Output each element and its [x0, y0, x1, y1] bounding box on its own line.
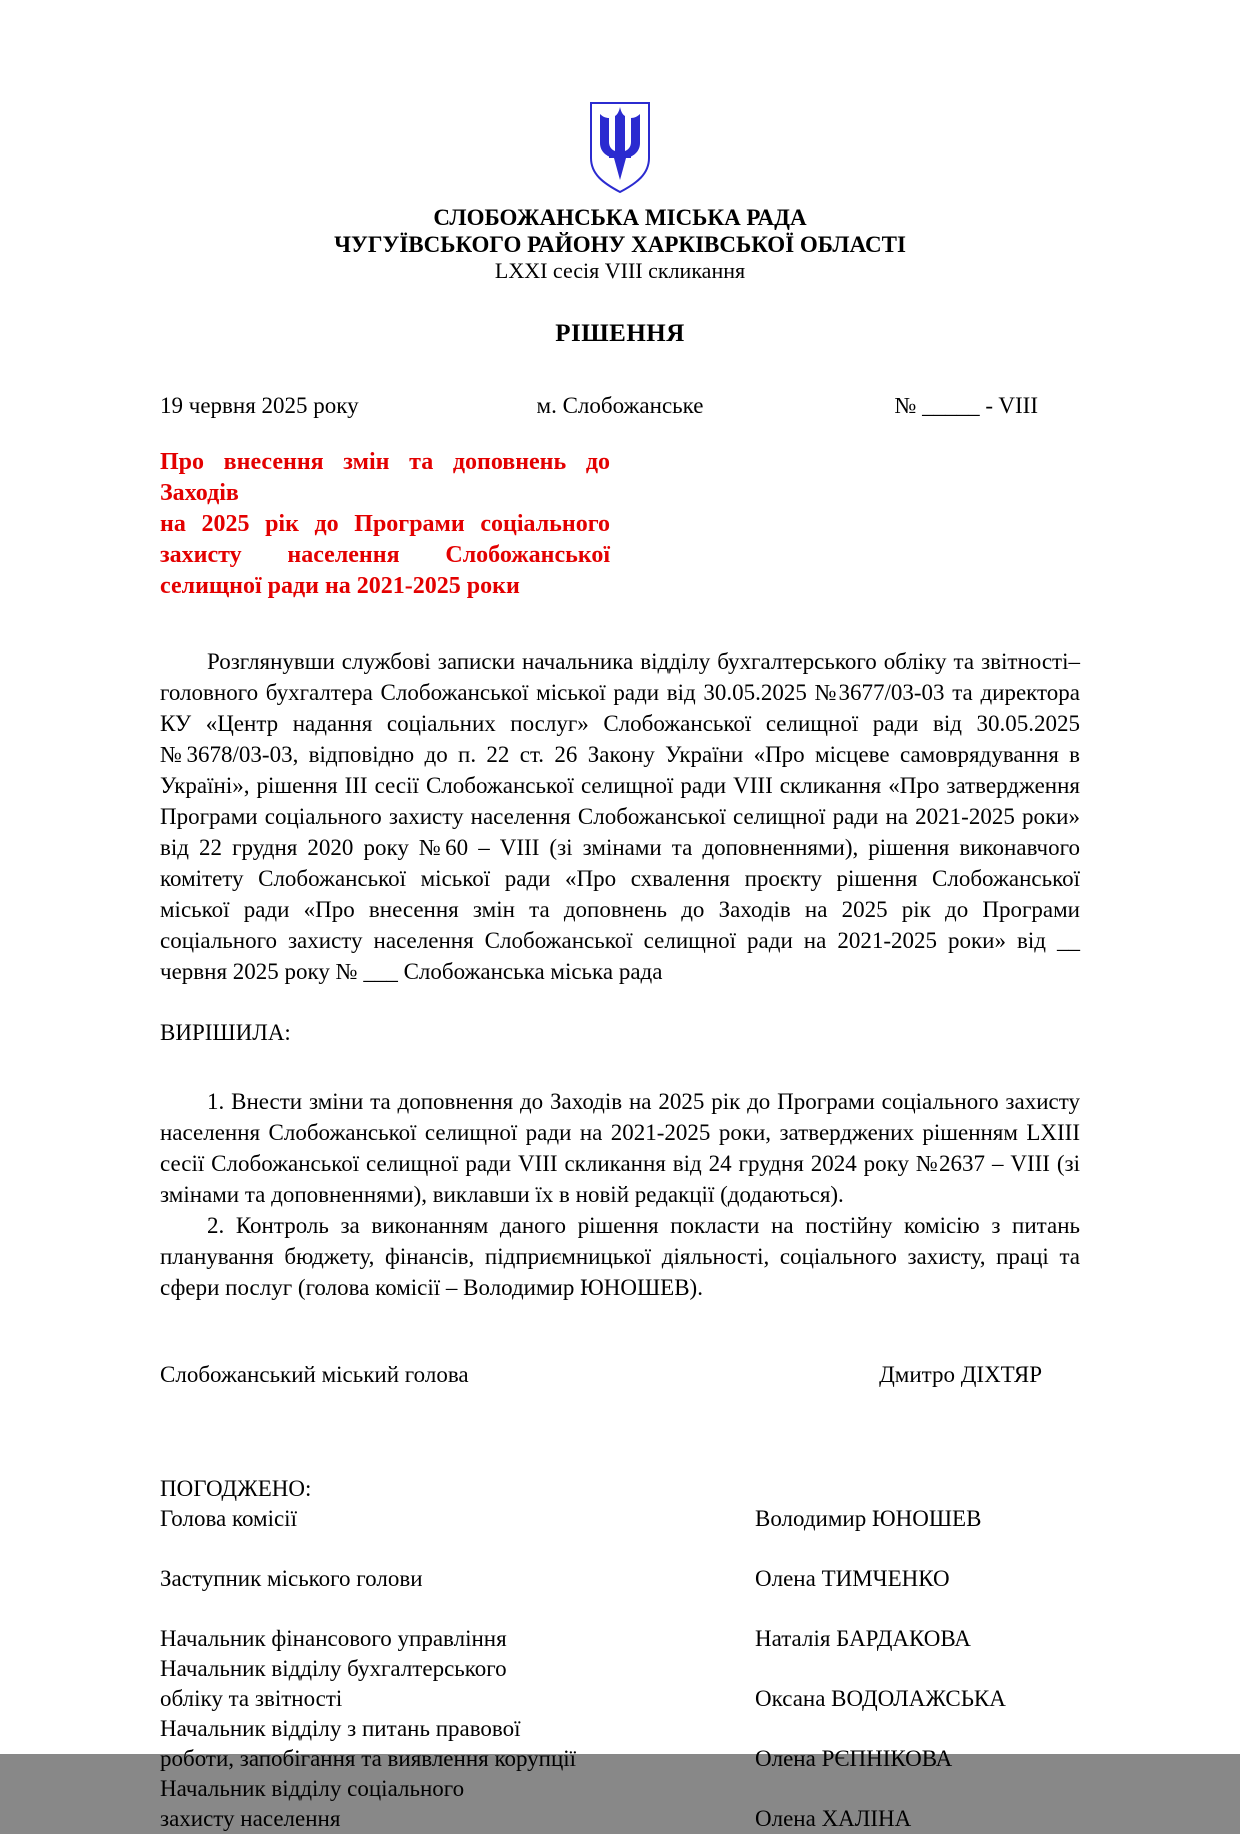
agreed-row: Начальник відділу бухгалтерського обліку… [160, 1654, 1080, 1714]
subject-line: селищної ради на 2021-2025 роки [160, 571, 610, 602]
mayor-title: Слобожанський міський голова [160, 1359, 469, 1390]
doc-type-title: РІШЕННЯ [160, 320, 1080, 348]
org-name-line1: СЛОБОЖАНСЬКА МІСЬКА РАДА [160, 204, 1080, 231]
agreed-row-name: Олена ХАЛІНА [755, 1804, 911, 1834]
doc-date: 19 червня 2025 року [160, 390, 464, 421]
agreed-row-name: Володимир ЮНОШЕВ [755, 1504, 981, 1534]
subject-line: на 2025 рік до Програми соціального [160, 509, 610, 540]
resolution-item-2: 2. Контроль за виконанням даного рішення… [160, 1210, 1080, 1303]
agreed-row-name: Оксана ВОДОЛАЖСЬКА [755, 1684, 1006, 1714]
org-name-line2: ЧУГУЇВСЬКОГО РАЙОНУ ХАРКІВСЬКОЇ ОБЛАСТІ [160, 231, 1080, 258]
agreed-row-title-line: Начальник відділу з питань правової [160, 1714, 755, 1744]
trident-emblem-icon [587, 100, 653, 196]
agreed-row: Голова комісії Володимир ЮНОШЕВ [160, 1504, 1080, 1534]
agreed-row-title-line: Начальник відділу бухгалтерського [160, 1654, 755, 1684]
preamble-paragraph: Розглянувши службові записки начальника … [160, 646, 1080, 987]
mayor-signature-row: Слобожанський міський голова Дмитро ДІХТ… [160, 1359, 1080, 1390]
agreed-row: Заступник міського голови Олена ТИМЧЕНКО [160, 1564, 1080, 1594]
page: СЛОБОЖАНСЬКА МІСЬКА РАДА ЧУГУЇВСЬКОГО РА… [0, 0, 1240, 1754]
document-header: СЛОБОЖАНСЬКА МІСЬКА РАДА ЧУГУЇВСЬКОГО РА… [160, 100, 1080, 348]
session-line: LXXI сесія VIII скликання [160, 258, 1080, 284]
resolution-items: 1. Внести зміни та доповнення до Заходів… [160, 1086, 1080, 1303]
agreed-row-title-line: роботи, запобігання та виявлення корупці… [160, 1744, 755, 1774]
agreed-row: Начальник фінансового управління Наталія… [160, 1624, 1080, 1654]
doc-number: № _____ - VIII [776, 390, 1080, 421]
agreed-row-title-line: Заступник міського голови [160, 1564, 755, 1594]
doc-place: м. Слобожанське [464, 390, 777, 421]
meta-line: 19 червня 2025 року м. Слобожанське № __… [160, 390, 1080, 421]
subject-line: захисту населення Слобожанської [160, 540, 610, 571]
agreed-row-name: Олена РЄПНІКОВА [755, 1744, 952, 1774]
agreed-label: ПОГОДЖЕНО: [160, 1474, 1080, 1504]
resolved-label: ВИРІШИЛА: [160, 1017, 1080, 1048]
subject-line: Про внесення змін та доповнень до Заході… [160, 447, 610, 509]
agreed-row-title-line: Начальник фінансового управління [160, 1624, 755, 1654]
resolution-item-1: 1. Внести зміни та доповнення до Заходів… [160, 1086, 1080, 1210]
agreed-row: Начальник відділу з питань правової робо… [160, 1714, 1080, 1774]
agreed-row-name: Олена ТИМЧЕНКО [755, 1564, 950, 1594]
agreed-row-title-line: Начальник відділу соціального [160, 1774, 755, 1804]
subject-title: Про внесення змін та доповнень до Заході… [160, 447, 610, 602]
agreed-row-title-line: Голова комісії [160, 1504, 755, 1534]
agreed-section: ПОГОДЖЕНО: Голова комісії Володимир ЮНОШ… [160, 1474, 1080, 1834]
agreed-row: Начальник відділу соціального захисту на… [160, 1774, 1080, 1834]
agreed-row-name: Наталія БАРДАКОВА [755, 1624, 971, 1654]
agreed-row-title-line: обліку та звітності [160, 1684, 755, 1714]
agreed-row-title-line: захисту населення [160, 1804, 755, 1834]
mayor-name: Дмитро ДІХТЯР [879, 1359, 1080, 1390]
